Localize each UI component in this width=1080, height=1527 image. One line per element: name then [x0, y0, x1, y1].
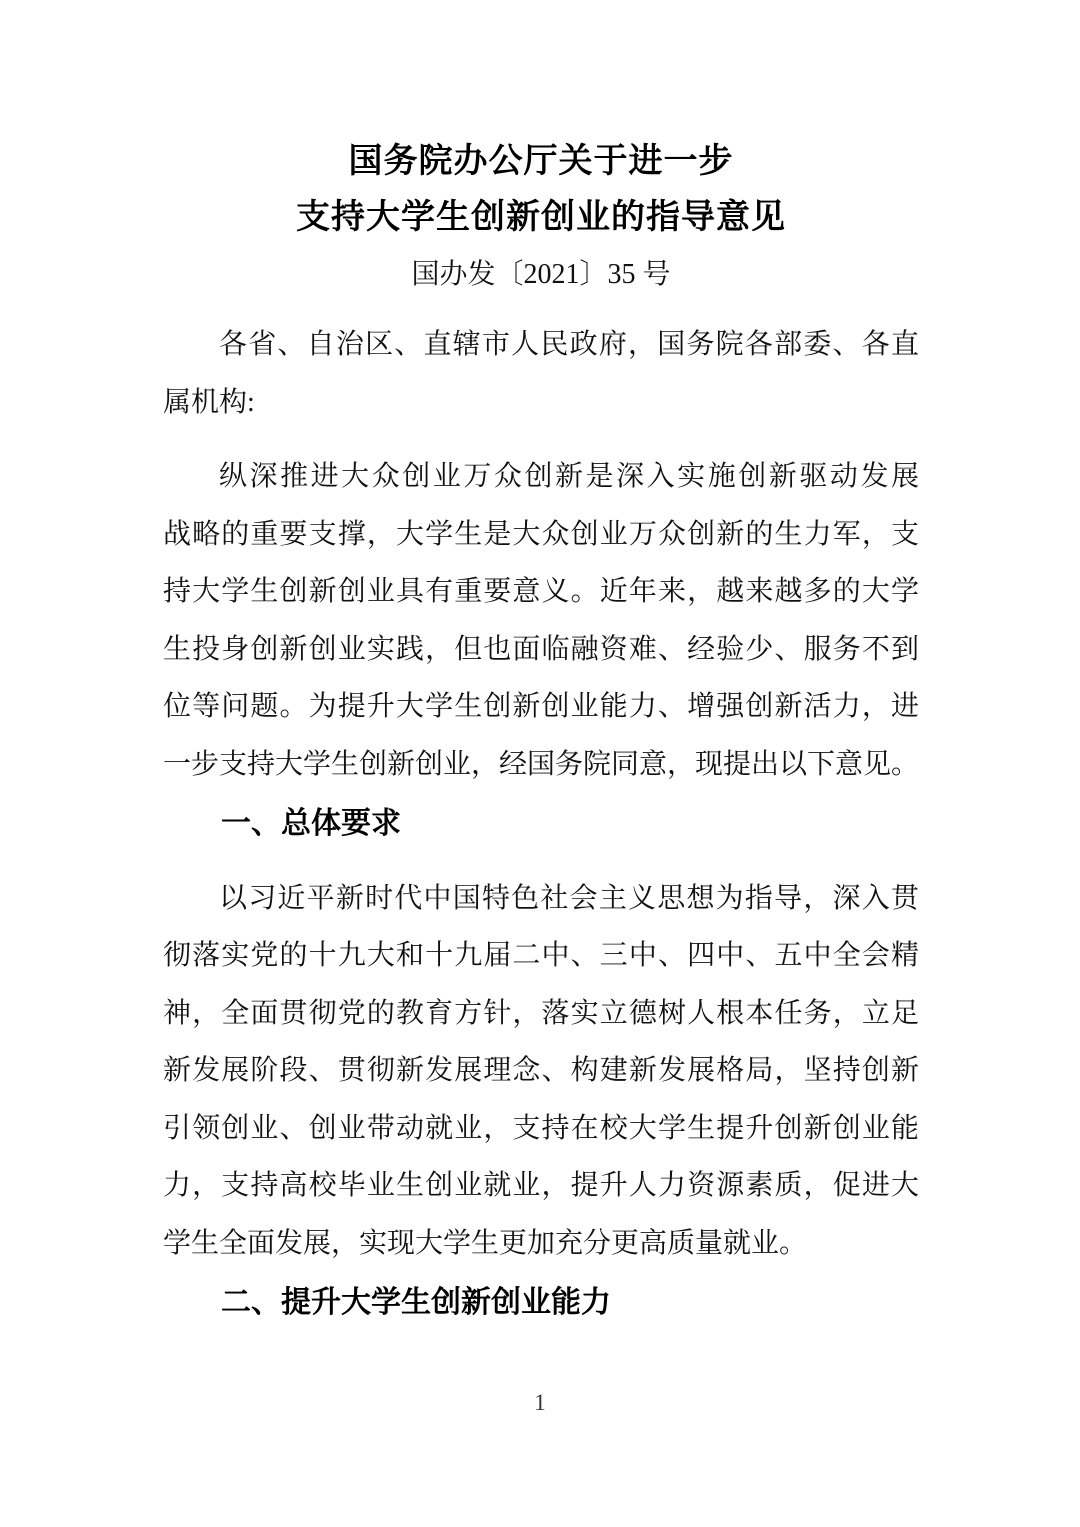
document-number: 国办发〔2021〕35 号 — [163, 254, 919, 296]
document-page: 国务院办公厅关于进一步 支持大学生创新创业的指导意见 国办发〔2021〕35 号… — [0, 0, 1080, 1527]
paragraph-line: 学生全面发展，实现大学生更加充分更高质量就业。 — [163, 1215, 919, 1273]
intro-paragraph: 纵深推进大众创业万众创新是深入实施创新驱动发展 战略的重要支撑，大学生是大众创业… — [163, 448, 919, 793]
paragraph-line: 生投身创新创业实践，但也面临融资难、经验少、服务不到 — [163, 621, 919, 679]
page-number: 1 — [0, 1389, 1080, 1417]
paragraph-line: 位等问题。为提升大学生创新创业能力、增强创新活力，进 — [163, 678, 919, 736]
paragraph-line: 一步支持大学生创新创业，经国务院同意，现提出以下意见。 — [163, 736, 919, 794]
document-content: 国务院办公厅关于进一步 支持大学生创新创业的指导意见 国办发〔2021〕35 号… — [163, 134, 919, 1332]
section-heading-1: 一、总体要求 — [163, 795, 919, 853]
document-title-line-2: 支持大学生创新创业的指导意见 — [163, 190, 919, 246]
paragraph-line: 引领创业、创业带动就业，支持在校大学生提升创新创业能 — [163, 1100, 919, 1158]
general-requirements-paragraph: 以习近平新时代中国特色社会主义思想为指导，深入贯 彻落实党的十九大和十九届二中、… — [163, 870, 919, 1273]
paragraph-line: 纵深推进大众创业万众创新是深入实施创新驱动发展 — [163, 448, 919, 506]
paragraph-line: 彻落实党的十九大和十九届二中、三中、四中、五中全会精 — [163, 927, 919, 985]
paragraph-line: 力，支持高校毕业生创业就业，提升人力资源素质，促进大 — [163, 1157, 919, 1215]
paragraph-line: 神，全面贯彻党的教育方针，落实立德树人根本任务，立足 — [163, 985, 919, 1043]
paragraph-line: 以习近平新时代中国特色社会主义思想为指导，深入贯 — [163, 870, 919, 928]
section-heading-2: 二、提升大学生创新创业能力 — [163, 1274, 919, 1332]
paragraph-line: 持大学生创新创业具有重要意义。近年来，越来越多的大学 — [163, 563, 919, 621]
paragraph-line: 战略的重要支撑，大学生是大众创业万众创新的生力军，支 — [163, 506, 919, 564]
document-title-line-1: 国务院办公厅关于进一步 — [163, 134, 919, 190]
salutation-line: 属机构: — [163, 374, 919, 432]
paragraph-line: 新发展阶段、贯彻新发展理念、构建新发展格局，坚持创新 — [163, 1042, 919, 1100]
salutation-paragraph: 各省、自治区、直辖市人民政府，国务院各部委、各直 属机构: — [163, 316, 919, 431]
salutation-line: 各省、自治区、直辖市人民政府，国务院各部委、各直 — [163, 316, 919, 374]
